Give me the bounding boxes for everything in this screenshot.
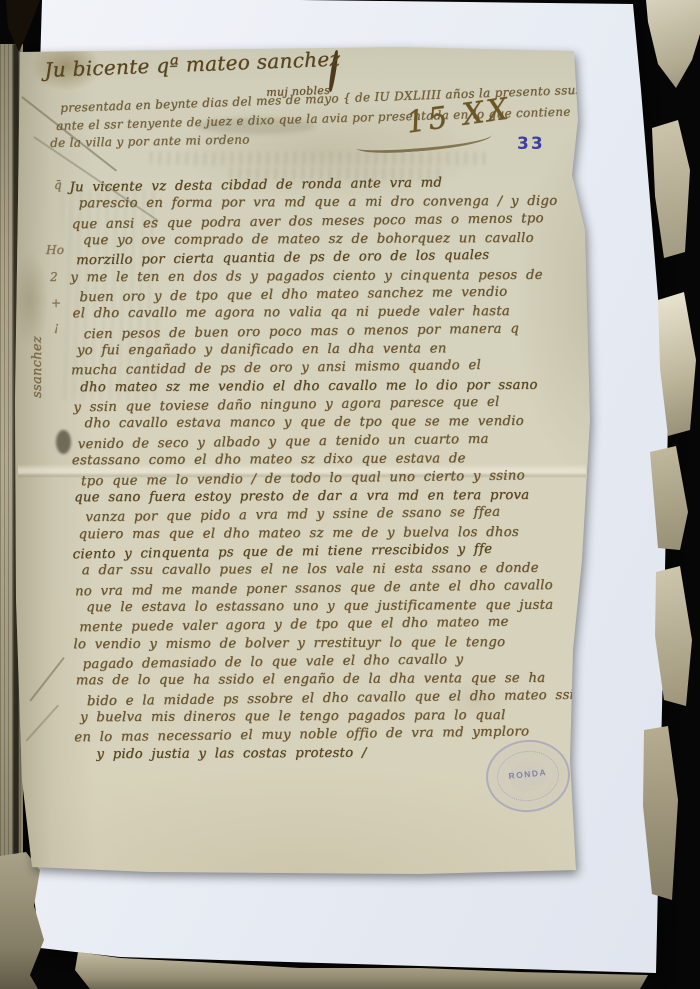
photograph-of-manuscript: Ju bicente qª mateo sanchez muj nobles p…	[0, 0, 700, 989]
scratch-mark	[29, 657, 64, 701]
margin-mark: +	[51, 296, 61, 310]
margin-mark: ¡	[54, 320, 59, 334]
ink-smudge	[56, 430, 71, 454]
manuscript-page: Ju bicente qª mateo sanchez muj nobles p…	[0, 0, 700, 989]
ink-showthrough	[150, 152, 490, 165]
margin-mark: Ho	[46, 243, 64, 257]
margin-vertical-note: ssanchez	[30, 238, 46, 398]
manuscript-body-text: Ju vicente vz desta cibdad de ronda ante…	[69, 174, 586, 765]
header-title: Ju bicente qª mateo sanchez	[44, 47, 341, 82]
manuscript-shadow: Ju bicente qª mateo sanchez muj nobles p…	[0, 0, 700, 989]
scratch-mark	[25, 705, 58, 742]
margin-mark: ×	[10, 763, 20, 776]
archive-stamp: RONDA	[482, 736, 573, 816]
margin-mark: 2	[50, 270, 58, 284]
margin-mark: †	[15, 790, 21, 803]
folio-number: 33	[517, 134, 545, 154]
header-line-4: de la villa y por ante mi ordeno	[50, 133, 250, 150]
margin-mark: q̄	[54, 178, 62, 192]
